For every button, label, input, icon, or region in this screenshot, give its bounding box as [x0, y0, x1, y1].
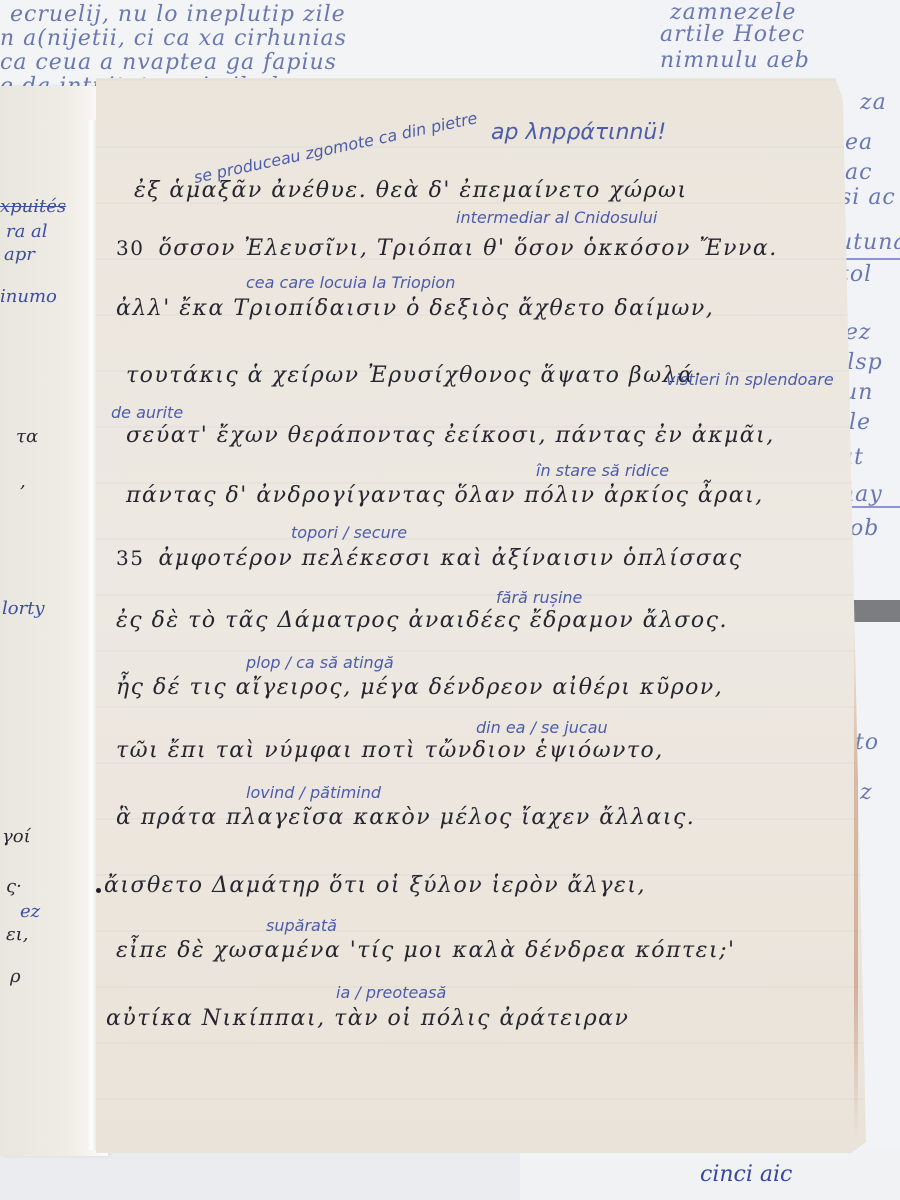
verse-text: εἶπε δὲ χωσαμένα 'τίς μοι καλὰ δένδρεα κ… — [116, 938, 736, 963]
verse-text: τουτάκις ἁ χείρων Ἐρυσίχθονος ἅψατο βωλά… — [126, 363, 703, 388]
gloss-annotation: supărată — [266, 916, 337, 935]
verse-text: ἃ πράτα πλαγεῖσα κακὸν μέλος ἴαχεν ἄλλαι… — [116, 805, 695, 830]
left-page-fragment: γοί — [2, 826, 31, 847]
verse-line: ἐξ ἁμαξᾶν ἀνέθυε. θεὰ δ' ἐπεμαίνετο χώρω… — [134, 178, 688, 203]
background-handwriting-line: ac — [845, 160, 872, 185]
background-handwriting-line: n a(nijetii, ci ca xa cirhunias — [0, 26, 347, 51]
left-page-fragment: ra al — [6, 221, 48, 242]
verse-line: ἦς δέ τις αἴγειρος, μέγα δένδρεον αἰθέρι… — [116, 675, 723, 700]
verse-line: ἐς δὲ τὸ τᾶς Δάματρος ἀναιδέες ἔδραμον ἄ… — [116, 608, 728, 633]
verse-text: πάντας δ' ἀνδρογίγαντας ὅλαν πόλιν ἀρκίο… — [126, 483, 764, 508]
background-handwriting-line: ea — [845, 130, 873, 155]
verse-text: ἀμφοτέρον πελέκεσσι καὶ ἀξίναισιν ὁπλίσσ… — [158, 546, 742, 571]
main-notebook-page: se produceau zgomote ca din pietre ap λn… — [96, 78, 866, 1153]
left-page-fragment: ρ — [10, 966, 21, 987]
gloss-annotation: plop / ca să atingă — [246, 653, 394, 672]
verse-text: αὐτίκα Νικίππαι, τὰν οἱ πόλις ἀράτειραν — [106, 1006, 629, 1031]
gloss-annotation: lovind / pătimind — [246, 783, 381, 802]
left-page-fragment: inumo — [0, 286, 57, 307]
background-handwriting-line: ob — [850, 516, 879, 541]
verse-text: ἐς δὲ τὸ τᾶς Δάματρος ἀναιδέες ἔδραμον ἄ… — [116, 608, 728, 633]
gloss-annotation: ap λnpράτιnnü! — [491, 120, 666, 145]
verse-line: ἀλλ' ἔκα Τριοπίδαισιν ὁ δεξιὸς ἄχθετο δα… — [116, 296, 714, 321]
verse-line: πάντας δ' ἀνδρογίγαντας ὅλαν πόλιν ἀρκίο… — [126, 483, 764, 508]
left-page-fragment: apr — [4, 244, 35, 265]
background-handwriting-line: ecruelij, nu lo ineplutip zile — [10, 2, 346, 27]
verse-text: ἦς δέ τις αἴγειρος, μέγα δένδρεον αἰθέρι… — [116, 675, 723, 700]
left-page-fragment: lorty — [2, 598, 45, 619]
verse-text: ἄισθετο Δαμάτηρ ὅτι οἱ ξύλον ἱερὸν ἄλγει… — [104, 873, 646, 898]
gloss-annotation: cea care locuia la Triopion — [246, 273, 455, 292]
verse-line: εἶπε δὲ χωσαμένα 'τίς μοι καλὰ δένδρεα κ… — [116, 938, 736, 963]
gloss-annotation: vistieri în splendoare — [666, 370, 834, 389]
gloss-annotation: în stare să ridice — [536, 461, 669, 480]
gloss-annotation: de aurite — [111, 403, 183, 422]
background-handwriting-line: za — [860, 90, 887, 115]
gloss-annotation: din ea / se jucau — [476, 718, 608, 737]
background-handwriting-line: nimnulu aeb — [660, 48, 810, 73]
gloss-annotation: topori / secure — [291, 523, 407, 542]
verse-text: τῶι ἔπι ταὶ νύμφαι ποτὶ τὤνδιον ἑψιόωντο… — [116, 738, 664, 763]
verse-line: αὐτίκα Νικίππαι, τὰν οἱ πόλις ἀράτειραν — [106, 1006, 629, 1031]
left-page-fragment: ς· — [6, 876, 22, 897]
gloss-annotation: se produceau zgomote ca din pietre — [192, 108, 479, 187]
verse-line: τουτάκις ἁ χείρων Ἐρυσίχθονος ἅψατο βωλά… — [126, 363, 703, 388]
verse-line: ἄισθετο Δαμάτηρ ὅτι οἱ ξύλον ἱερὸν ἄλγει… — [104, 873, 646, 898]
background-handwriting-line: si ac — [840, 185, 896, 210]
verse-text: ἀλλ' ἔκα Τριοπίδαισιν ὁ δεξιὸς ἄχθετο δα… — [116, 296, 714, 321]
background-handwriting-line: to — [855, 730, 879, 755]
verse-line: 30ὅσσον Ἐλευσῖνι, Τριόπαι θ' ὅσον ὁκκόσο… — [116, 236, 778, 261]
line-number: 30 — [116, 236, 144, 260]
verse-text: ὅσσον Ἐλευσῖνι, Τριόπαι θ' ὅσον ὁκκόσον … — [158, 236, 777, 261]
left-page-fragment: τα — [16, 426, 38, 447]
left-page-fragment: , — [20, 471, 26, 492]
verse-line: 35ἀμφοτέρον πελέκεσσι καὶ ἀξίναισιν ὁπλί… — [116, 546, 743, 571]
line-number: 35 — [116, 546, 144, 570]
background-handwriting-line: ca ceua a nvaptea ga fapius — [0, 50, 337, 75]
verse-line: ἃ πράτα πλαγεῖσα κακὸν μέλος ἴαχεν ἄλλαι… — [116, 805, 695, 830]
verse-text: ἐξ ἁμαξᾶν ἀνέθυε. θεὰ δ' ἐπεμαίνετο χώρω… — [134, 178, 688, 203]
gloss-annotation: intermediar al Cnidosului — [456, 208, 657, 227]
left-page-fragment: xpuités — [0, 196, 66, 217]
margin-dot — [96, 888, 101, 893]
verse-line: σεύατ' ἔχων θεράποντας ἐείκοσι, πάντας ἐ… — [126, 423, 775, 448]
gloss-annotation: fără rușine — [496, 588, 582, 607]
background-handwriting-line: cinci aic — [700, 1162, 792, 1187]
gloss-annotation: ia / preoteasă — [336, 983, 446, 1002]
verse-line: τῶι ἔπι ταὶ νύμφαι ποτὶ τὤνδιον ἑψιόωντο… — [116, 738, 664, 763]
left-page-fragment: ει, — [6, 924, 28, 945]
background-handwriting-line: artile Hotec — [660, 22, 805, 47]
background-handwriting-line: z — [860, 780, 873, 805]
left-page-fragment: ez — [20, 901, 40, 922]
verse-text: σεύατ' ἔχων θεράποντας ἐείκοσι, πάντας ἐ… — [126, 423, 775, 448]
